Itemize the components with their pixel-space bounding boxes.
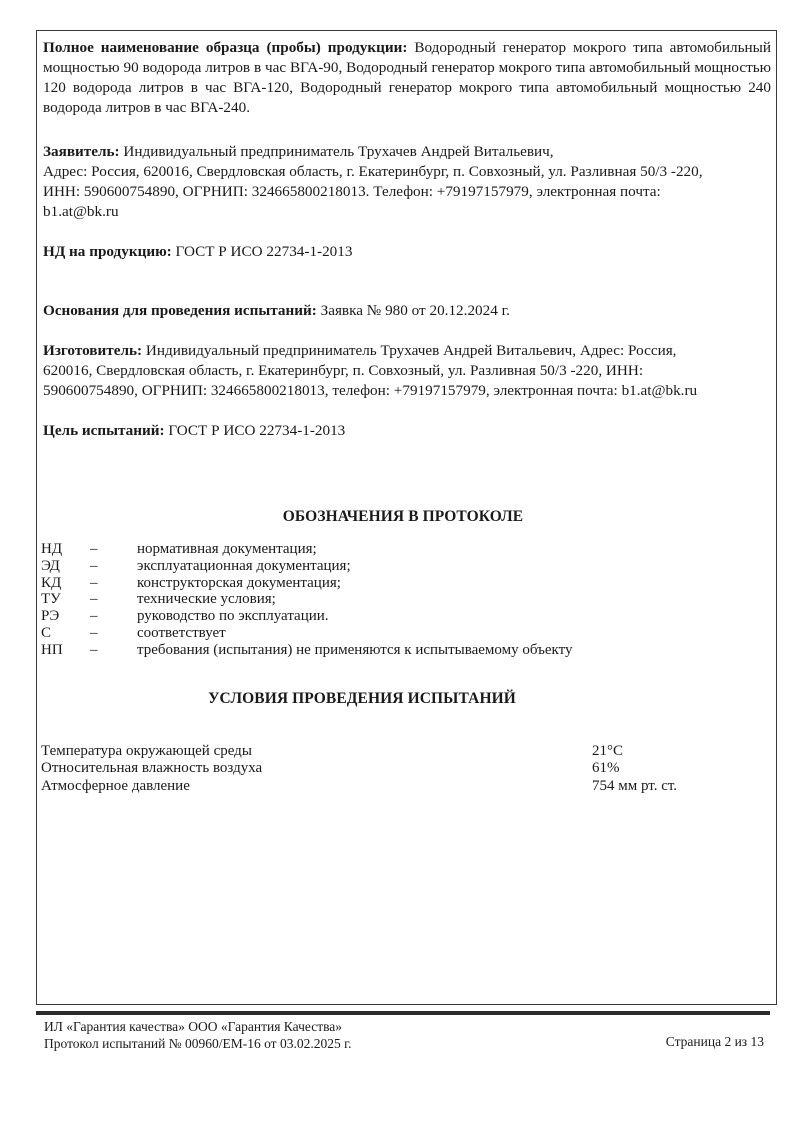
abbreviation-description: руководство по эксплуатации. (137, 608, 771, 625)
condition-value: 754 мм рт. ст. (592, 778, 771, 796)
footer-divider (36, 1011, 770, 1015)
applicant-label: Заявитель: (43, 143, 120, 160)
purpose-label: Цель испытаний: (43, 422, 165, 439)
basis-section: Основания для проведения испытаний: Заяв… (43, 301, 771, 321)
abbreviation-row: ЭД – эксплуатационная документация; (41, 558, 771, 575)
condition-row: Относительная влажность воздуха 61% (41, 760, 771, 778)
condition-row: Атмосферное давление 754 мм рт. ст. (41, 778, 771, 796)
nd-value: ГОСТ Р ИСО 22734-1-2013 (176, 243, 353, 260)
manufacturer-label: Изготовитель: (43, 342, 142, 359)
nd-section: НД на продукцию: ГОСТ Р ИСО 22734-1-2013 (43, 242, 771, 262)
applicant-section: Заявитель: Индивидуальный предпринимател… (43, 142, 771, 222)
abbreviation-row: С – соответствует (41, 625, 771, 642)
abbreviation-row: РЭ – руководство по эксплуатации. (41, 608, 771, 625)
purpose-section: Цель испытаний: ГОСТ Р ИСО 22734-1-2013 (43, 421, 771, 441)
abbreviation-code: РЭ (41, 608, 90, 625)
abbreviation-code: ТУ (41, 591, 90, 608)
footer-protocol-number: Протокол испытаний № 00960/ЕМ-16 от 03.0… (44, 1035, 351, 1052)
abbreviations-title: ОБОЗНАЧЕНИЯ В ПРОТОКОЛЕ (35, 507, 771, 527)
abbreviation-row: КД – конструкторская документация; (41, 575, 771, 592)
abbreviation-dash: – (90, 541, 137, 558)
footer-left: ИЛ «Гарантия качества» ООО «Гарантия Кач… (44, 1018, 351, 1052)
abbreviation-dash: – (90, 575, 137, 592)
page-number: Страница 2 из 13 (666, 1033, 764, 1050)
abbreviation-code: С (41, 625, 90, 642)
applicant-ids-phone: ИНН: 590600754890, ОГРНИП: 3246658002180… (43, 182, 771, 202)
footer-organization: ИЛ «Гарантия качества» ООО «Гарантия Кач… (44, 1018, 351, 1035)
basis-label: Основания для проведения испытаний: (43, 302, 317, 319)
abbreviation-code: НД (41, 541, 90, 558)
condition-row: Температура окружающей среды 21°C (41, 743, 771, 761)
condition-value: 61% (592, 760, 771, 778)
abbreviation-dash: – (90, 608, 137, 625)
abbreviation-description: конструкторская документация; (137, 575, 771, 592)
abbreviation-row: ТУ – технические условия; (41, 591, 771, 608)
abbreviation-row: НП – требования (испытания) не применяют… (41, 642, 771, 659)
abbreviation-description: эксплуатационная документация; (137, 558, 771, 575)
product-name-label: Полное наименование образца (пробы) прод… (43, 39, 407, 56)
condition-label: Относительная влажность воздуха (41, 760, 592, 778)
abbreviation-code: НП (41, 642, 90, 659)
applicant-email: b1.at@bk.ru (43, 202, 771, 222)
abbreviation-description: технические условия; (137, 591, 771, 608)
abbreviation-dash: – (90, 558, 137, 575)
abbreviation-dash: – (90, 642, 137, 659)
manufacturer-address: 620016, Свердловская область, г. Екатери… (43, 361, 771, 381)
applicant-address: Адрес: Россия, 620016, Свердловская обла… (43, 162, 771, 182)
manufacturer-contacts: 590600754890, ОГРНИП: 324665800218013, т… (43, 381, 771, 401)
abbreviation-dash: – (90, 591, 137, 608)
purpose-value: ГОСТ Р ИСО 22734-1-2013 (168, 422, 345, 439)
condition-label: Атмосферное давление (41, 778, 592, 796)
abbreviation-description: нормативная документация; (137, 541, 771, 558)
abbreviation-code: КД (41, 575, 90, 592)
abbreviation-description: требования (испытания) не применяются к … (137, 642, 771, 659)
abbreviation-dash: – (90, 625, 137, 642)
basis-value: Заявка № 980 от 20.12.2024 г. (321, 302, 510, 319)
abbreviation-description: соответствует (137, 625, 771, 642)
applicant-name: Индивидуальный предприниматель Трухачев … (123, 143, 553, 160)
abbreviation-code: ЭД (41, 558, 90, 575)
product-name-section: Полное наименование образца (пробы) прод… (43, 38, 771, 118)
manufacturer-section: Изготовитель: Индивидуальный предпринима… (43, 341, 771, 401)
document-body: Полное наименование образца (пробы) прод… (43, 38, 771, 795)
condition-value: 21°C (592, 743, 771, 761)
conditions-title: УСЛОВИЯ ПРОВЕДЕНИЯ ИСПЫТАНИЙ (0, 689, 771, 709)
condition-label: Температура окружающей среды (41, 743, 592, 761)
abbreviations-list: НД – нормативная документация; ЭД – эксп… (41, 541, 771, 659)
abbreviation-row: НД – нормативная документация; (41, 541, 771, 558)
nd-label: НД на продукцию: (43, 243, 172, 260)
manufacturer-name: Индивидуальный предприниматель Трухачев … (146, 342, 677, 359)
conditions-list: Температура окружающей среды 21°C Относи… (41, 743, 771, 796)
